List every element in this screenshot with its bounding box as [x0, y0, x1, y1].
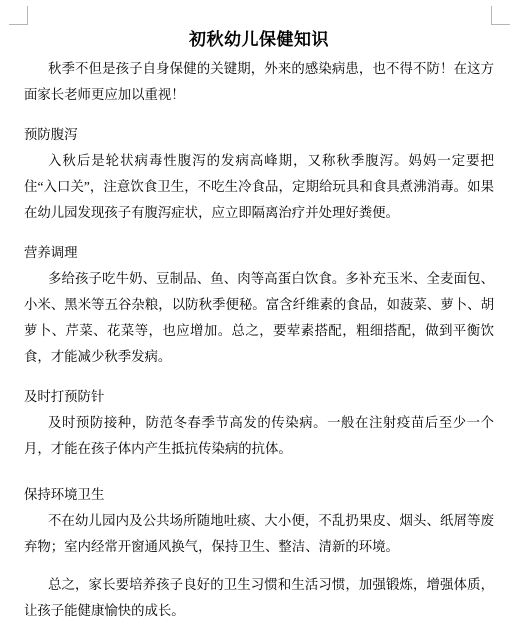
page-title: 初秋幼儿保健知识 [24, 24, 494, 56]
section-heading: 保持环境卫生 [24, 482, 494, 508]
document-page: 初秋幼儿保健知识 秋季不但是孩子自身保健的关键期，外来的感染病患，也不得不防！在… [0, 0, 527, 630]
margin-mark-top-left-icon [9, 6, 28, 25]
section-heading: 预防腹泻 [24, 122, 494, 148]
section-heading: 及时打预防针 [24, 384, 494, 410]
section-body: 及时预防接种，防范冬春季节高发的传染病。一般在注射疫苗后至少一个月，才能在孩子体… [24, 410, 494, 462]
section-nutrition: 营养调理 多给孩子吃牛奶、豆制品、鱼、肉等高蛋白饮食。多补充玉米、全麦面包、小米… [24, 240, 494, 370]
section-prevent-diarrhea: 预防腹泻 入秋后是轮状病毒性腹泻的发病高峰期，又称秋季腹泻。妈妈一定要把住“入口… [24, 122, 494, 226]
section-environment-hygiene: 保持环境卫生 不在幼儿园内及公共场所随地吐痰、大小便，不乱扔果皮、烟头、纸屑等废… [24, 482, 494, 560]
section-body: 入秋后是轮状病毒性腹泻的发病高峰期，又称秋季腹泻。妈妈一定要把住“入口关”，注意… [24, 148, 494, 226]
intro-paragraph: 秋季不但是孩子自身保健的关键期，外来的感染病患，也不得不防！在这方面家长老师更应… [24, 56, 494, 108]
section-heading: 营养调理 [24, 240, 494, 266]
section-vaccination: 及时打预防针 及时预防接种，防范冬春季节高发的传染病。一般在注射疫苗后至少一个月… [24, 384, 494, 462]
document-content: 初秋幼儿保健知识 秋季不但是孩子自身保健的关键期，外来的感染病患，也不得不防！在… [24, 24, 494, 624]
section-body: 多给孩子吃牛奶、豆制品、鱼、肉等高蛋白饮食。多补充玉米、全麦面包、小米、黑米等五… [24, 266, 494, 370]
margin-mark-top-right-icon [491, 6, 510, 25]
conclusion-paragraph: 总之，家长要培养孩子良好的卫生习惯和生活习惯，加强锻炼，增强体质，让孩子能健康愉… [24, 572, 494, 624]
section-body: 不在幼儿园内及公共场所随地吐痰、大小便，不乱扔果皮、烟头、纸屑等废弃物；室内经常… [24, 508, 494, 560]
